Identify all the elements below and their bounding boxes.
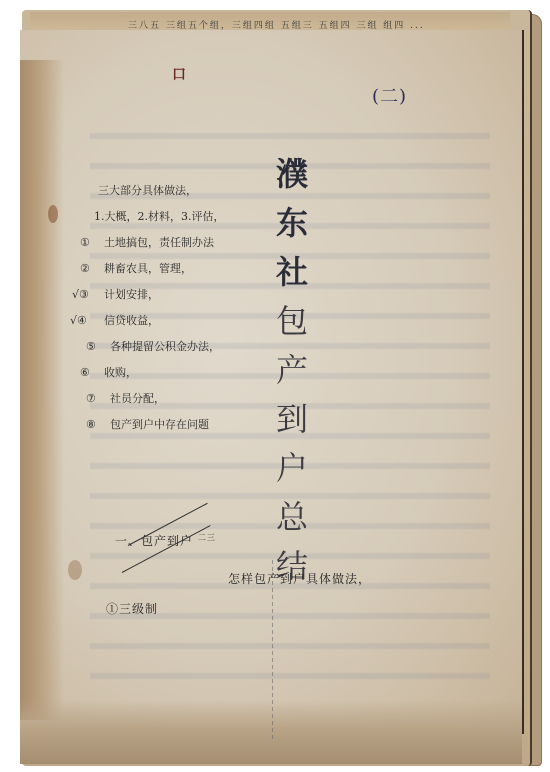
outline-line: 1.大概，2.材料，3.评估， <box>80 204 225 230</box>
outline-line: ②耕畜农具，管理， <box>80 256 225 282</box>
outline-line: ①土地搞包，责任制办法 <box>80 230 225 256</box>
title-char: 社 <box>262 248 322 297</box>
section-heading: 怎样包产到户具体做法， <box>228 570 371 587</box>
top-header-note: 三八五 三组五个组，三组四组 五组三 五组四 三组 组四 ... <box>128 18 425 31</box>
outline-line: 三大部分具体做法， <box>80 178 225 204</box>
handwritten-outline: 三大部分具体做法， 1.大概，2.材料，3.评估， ①土地搞包，责任制办法 ②耕… <box>80 178 225 438</box>
outline-line: ⑥收购， <box>80 360 225 386</box>
outline-text: 社员分配， <box>110 392 165 405</box>
corner-mark: 口 <box>172 64 187 84</box>
item-check-mark: √③ <box>72 282 104 308</box>
title-char: 产 <box>262 346 322 395</box>
item-number-mark: ② <box>80 256 104 282</box>
title-char: 总 <box>262 493 322 542</box>
outline-text: 各种提留公积金办法， <box>110 340 220 353</box>
outline-line: √④信贷收益， <box>70 308 225 334</box>
outline-text: 包产到户中存在问题 <box>110 418 209 431</box>
outline-text: 信贷收益， <box>104 314 159 327</box>
item-number-mark: ⑤ <box>86 334 110 360</box>
stain-spot <box>48 205 58 223</box>
item-number-mark: ⑥ <box>80 360 104 386</box>
page-left-edge-wear <box>20 60 64 720</box>
title-char: 东 <box>262 199 322 248</box>
outline-text: 计划安排， <box>104 288 159 301</box>
stain-spot <box>68 560 82 580</box>
outline-text: 土地搞包，责任制办法 <box>104 236 214 249</box>
outline-text: 收购， <box>104 366 137 379</box>
title-char: 到 <box>262 395 322 444</box>
item-number-mark: ⑦ <box>86 386 110 412</box>
page-bottom-edge-wear <box>20 700 522 764</box>
outline-text: 三大部分具体做法， <box>98 184 197 197</box>
outline-text: 1.大概，2.材料，3.评估， <box>94 210 225 223</box>
page-number: (二) <box>372 82 407 108</box>
title-char: 濮 <box>262 150 322 199</box>
title-char: 户 <box>262 444 322 493</box>
outline-line: ⑤各种提留公积金办法， <box>86 334 225 360</box>
outline-text: 耕畜农具，管理， <box>104 262 192 275</box>
sub-item-note: ①三级制 <box>106 600 158 617</box>
item-number-mark: ⑧ <box>86 412 110 438</box>
struck-heading: 一、包产到户 二三 <box>115 532 216 549</box>
vertical-title: 濮 东 社 包 产 到 户 总 结 <box>262 150 322 591</box>
outline-line: √③计划安排， <box>72 282 225 308</box>
title-char: 包 <box>262 297 322 346</box>
item-number-mark: ① <box>80 230 104 256</box>
struck-heading-superscript: 二三 <box>198 533 216 542</box>
outline-line: ⑦社员分配， <box>86 386 225 412</box>
outline-line: ⑧包产到户中存在问题 <box>86 412 225 438</box>
item-check-mark: √④ <box>70 308 104 334</box>
